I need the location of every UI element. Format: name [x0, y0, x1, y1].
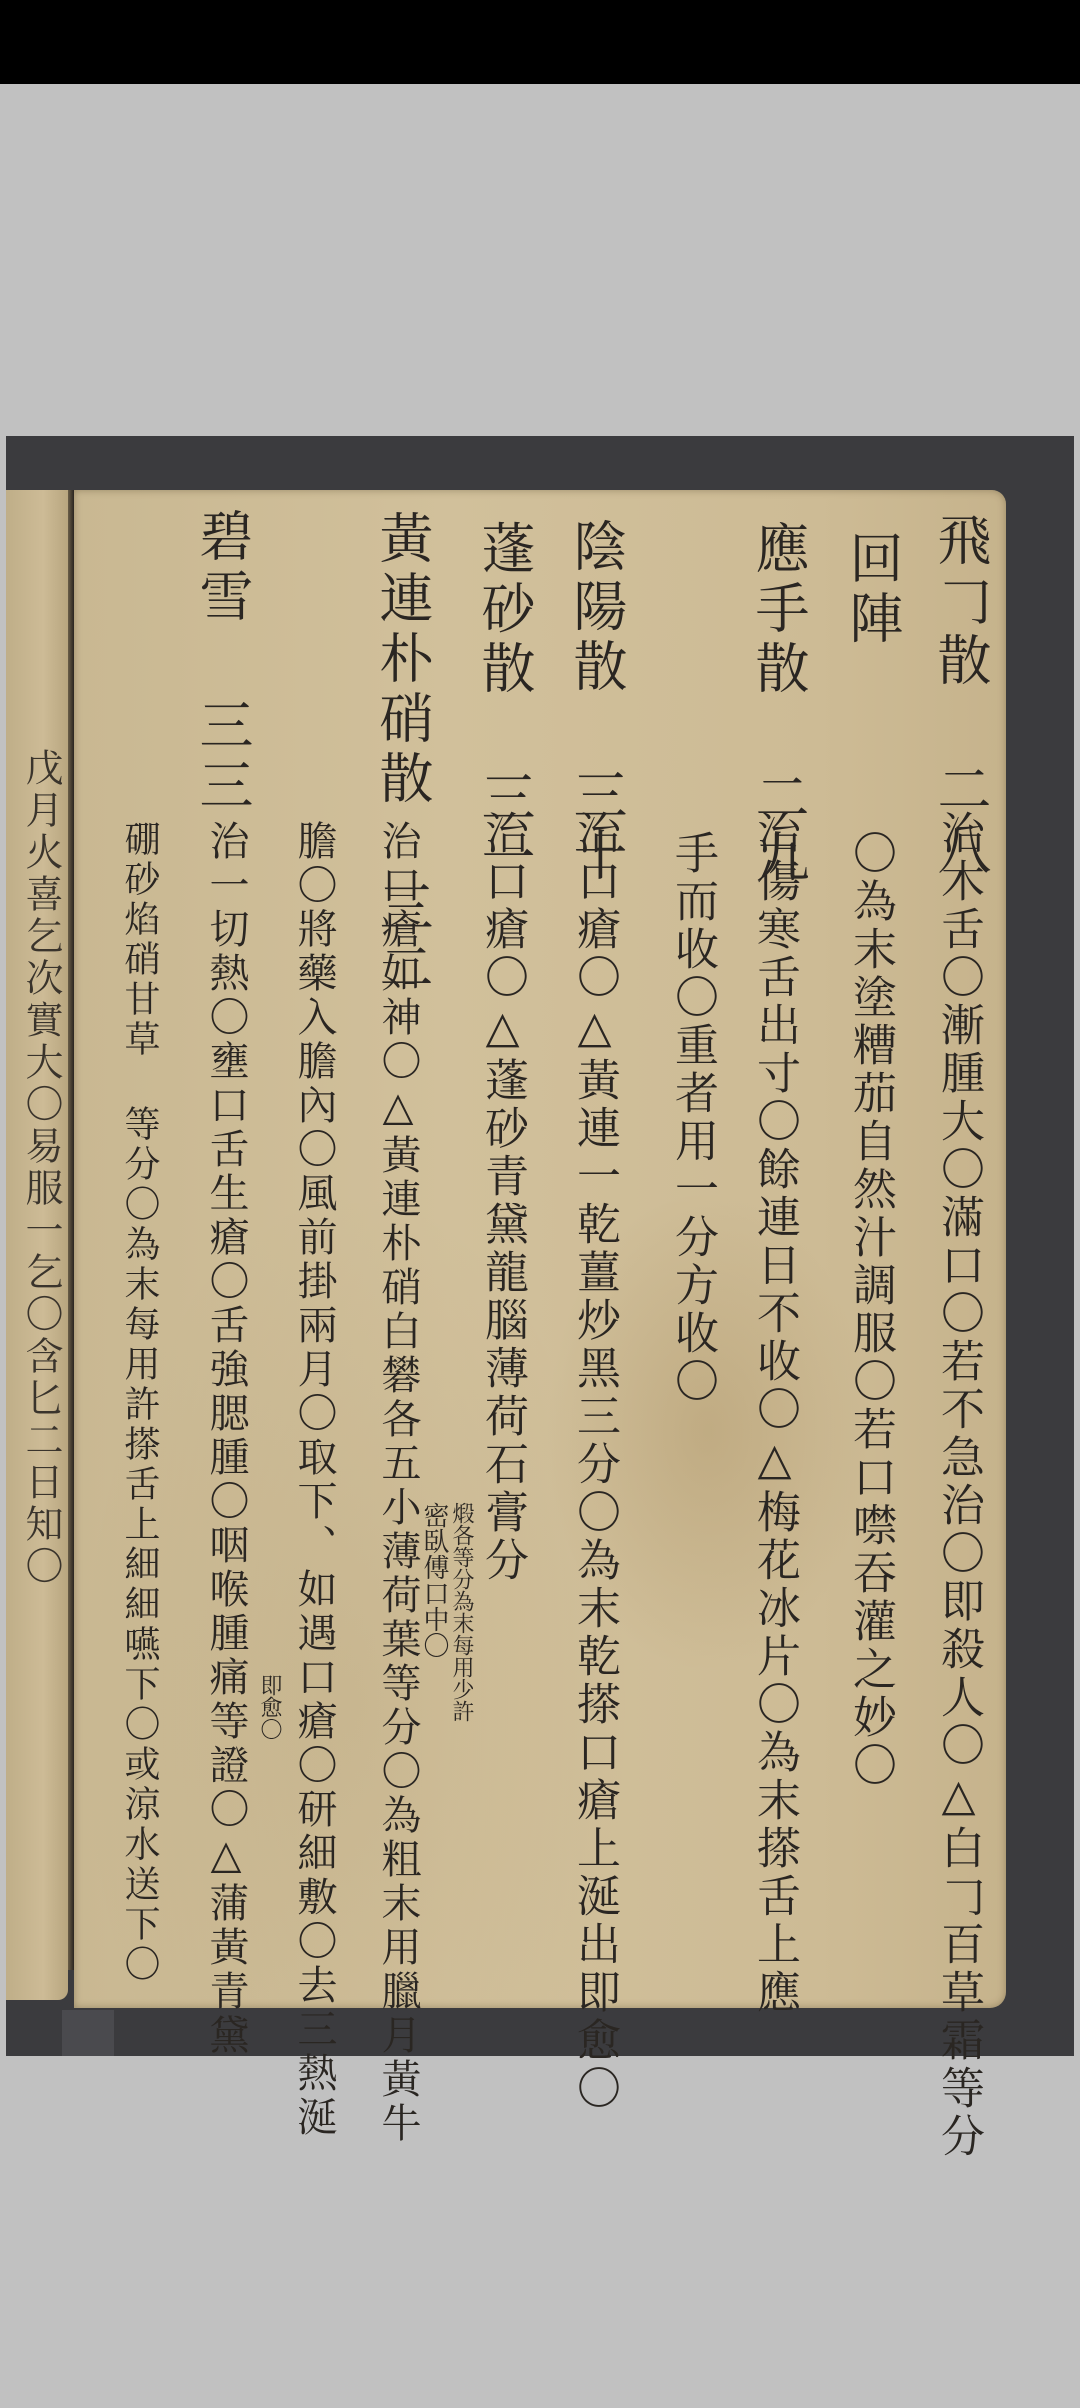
recipe-text-30: 治口瘡〇△黃連一乾薑炒黑三分〇為末乾搽口瘡上涎出即愈〇: [562, 810, 626, 2113]
section-heading: 回陣: [834, 530, 911, 650]
recipe-text-33: 治一切熱〇壅口舌生瘡〇舌強腮腫〇咽喉腫痛等證〇△蒲黃青黛: [198, 820, 255, 2058]
left-page-fragment: 戊月火喜乞次實大〇易服一乞〇含匕二日知〇: [6, 490, 68, 2000]
scanner-edge: [62, 2010, 114, 2056]
recipe-text-33-cont: 硼砂焰硝甘草 等分〇為末每用許搽舌上細細嚥下〇或涼水送下〇: [114, 820, 165, 1985]
status-bar: [0, 0, 1080, 84]
manuscript-page[interactable]: 飛𠃌散 二八 治木舌〇漸腫大〇滿口〇若不急治〇即殺人〇△白𠃌百草霜等分 回陣 〇…: [74, 490, 1006, 2008]
recipe-text-28: 治木舌〇漸腫大〇滿口〇若不急治〇即殺人〇△白𠃌百草霜等分: [926, 810, 990, 2161]
recipe-text-32: 治口瘡如神〇△黃連朴硝白礬各五小薄荷葉等分〇為粗末用臘月黃牛: [370, 820, 427, 2146]
left-page-text: 戊月火喜乞次實大〇易服一乞〇含匕二日知〇: [14, 748, 69, 1588]
recipe-text-28-cont: 〇為末塗糟茄自然汁調服〇若口噤吞灌之妙〇: [838, 830, 902, 1790]
recipe-title-33: 碧雪 三三: [184, 508, 261, 817]
recipe-text-29-cont: 手而收〇重者用一分方收〇: [660, 830, 724, 1406]
recipe-text-29: 治傷寒舌出寸〇餘連日不收〇△梅花冰片〇為末搽舌上應: [742, 810, 806, 2017]
recipe-text-32-cont: 膽〇將藥入膽內〇風前掛兩月〇取下、如遇口瘡〇研細敷〇去三熱涎: [286, 820, 343, 2140]
recipe-annotation-32: 即愈〇: [254, 1674, 285, 1740]
recipe-text-31: 治口瘡〇△蓬砂青黛龍腦薄荷石膏分: [470, 810, 534, 1585]
